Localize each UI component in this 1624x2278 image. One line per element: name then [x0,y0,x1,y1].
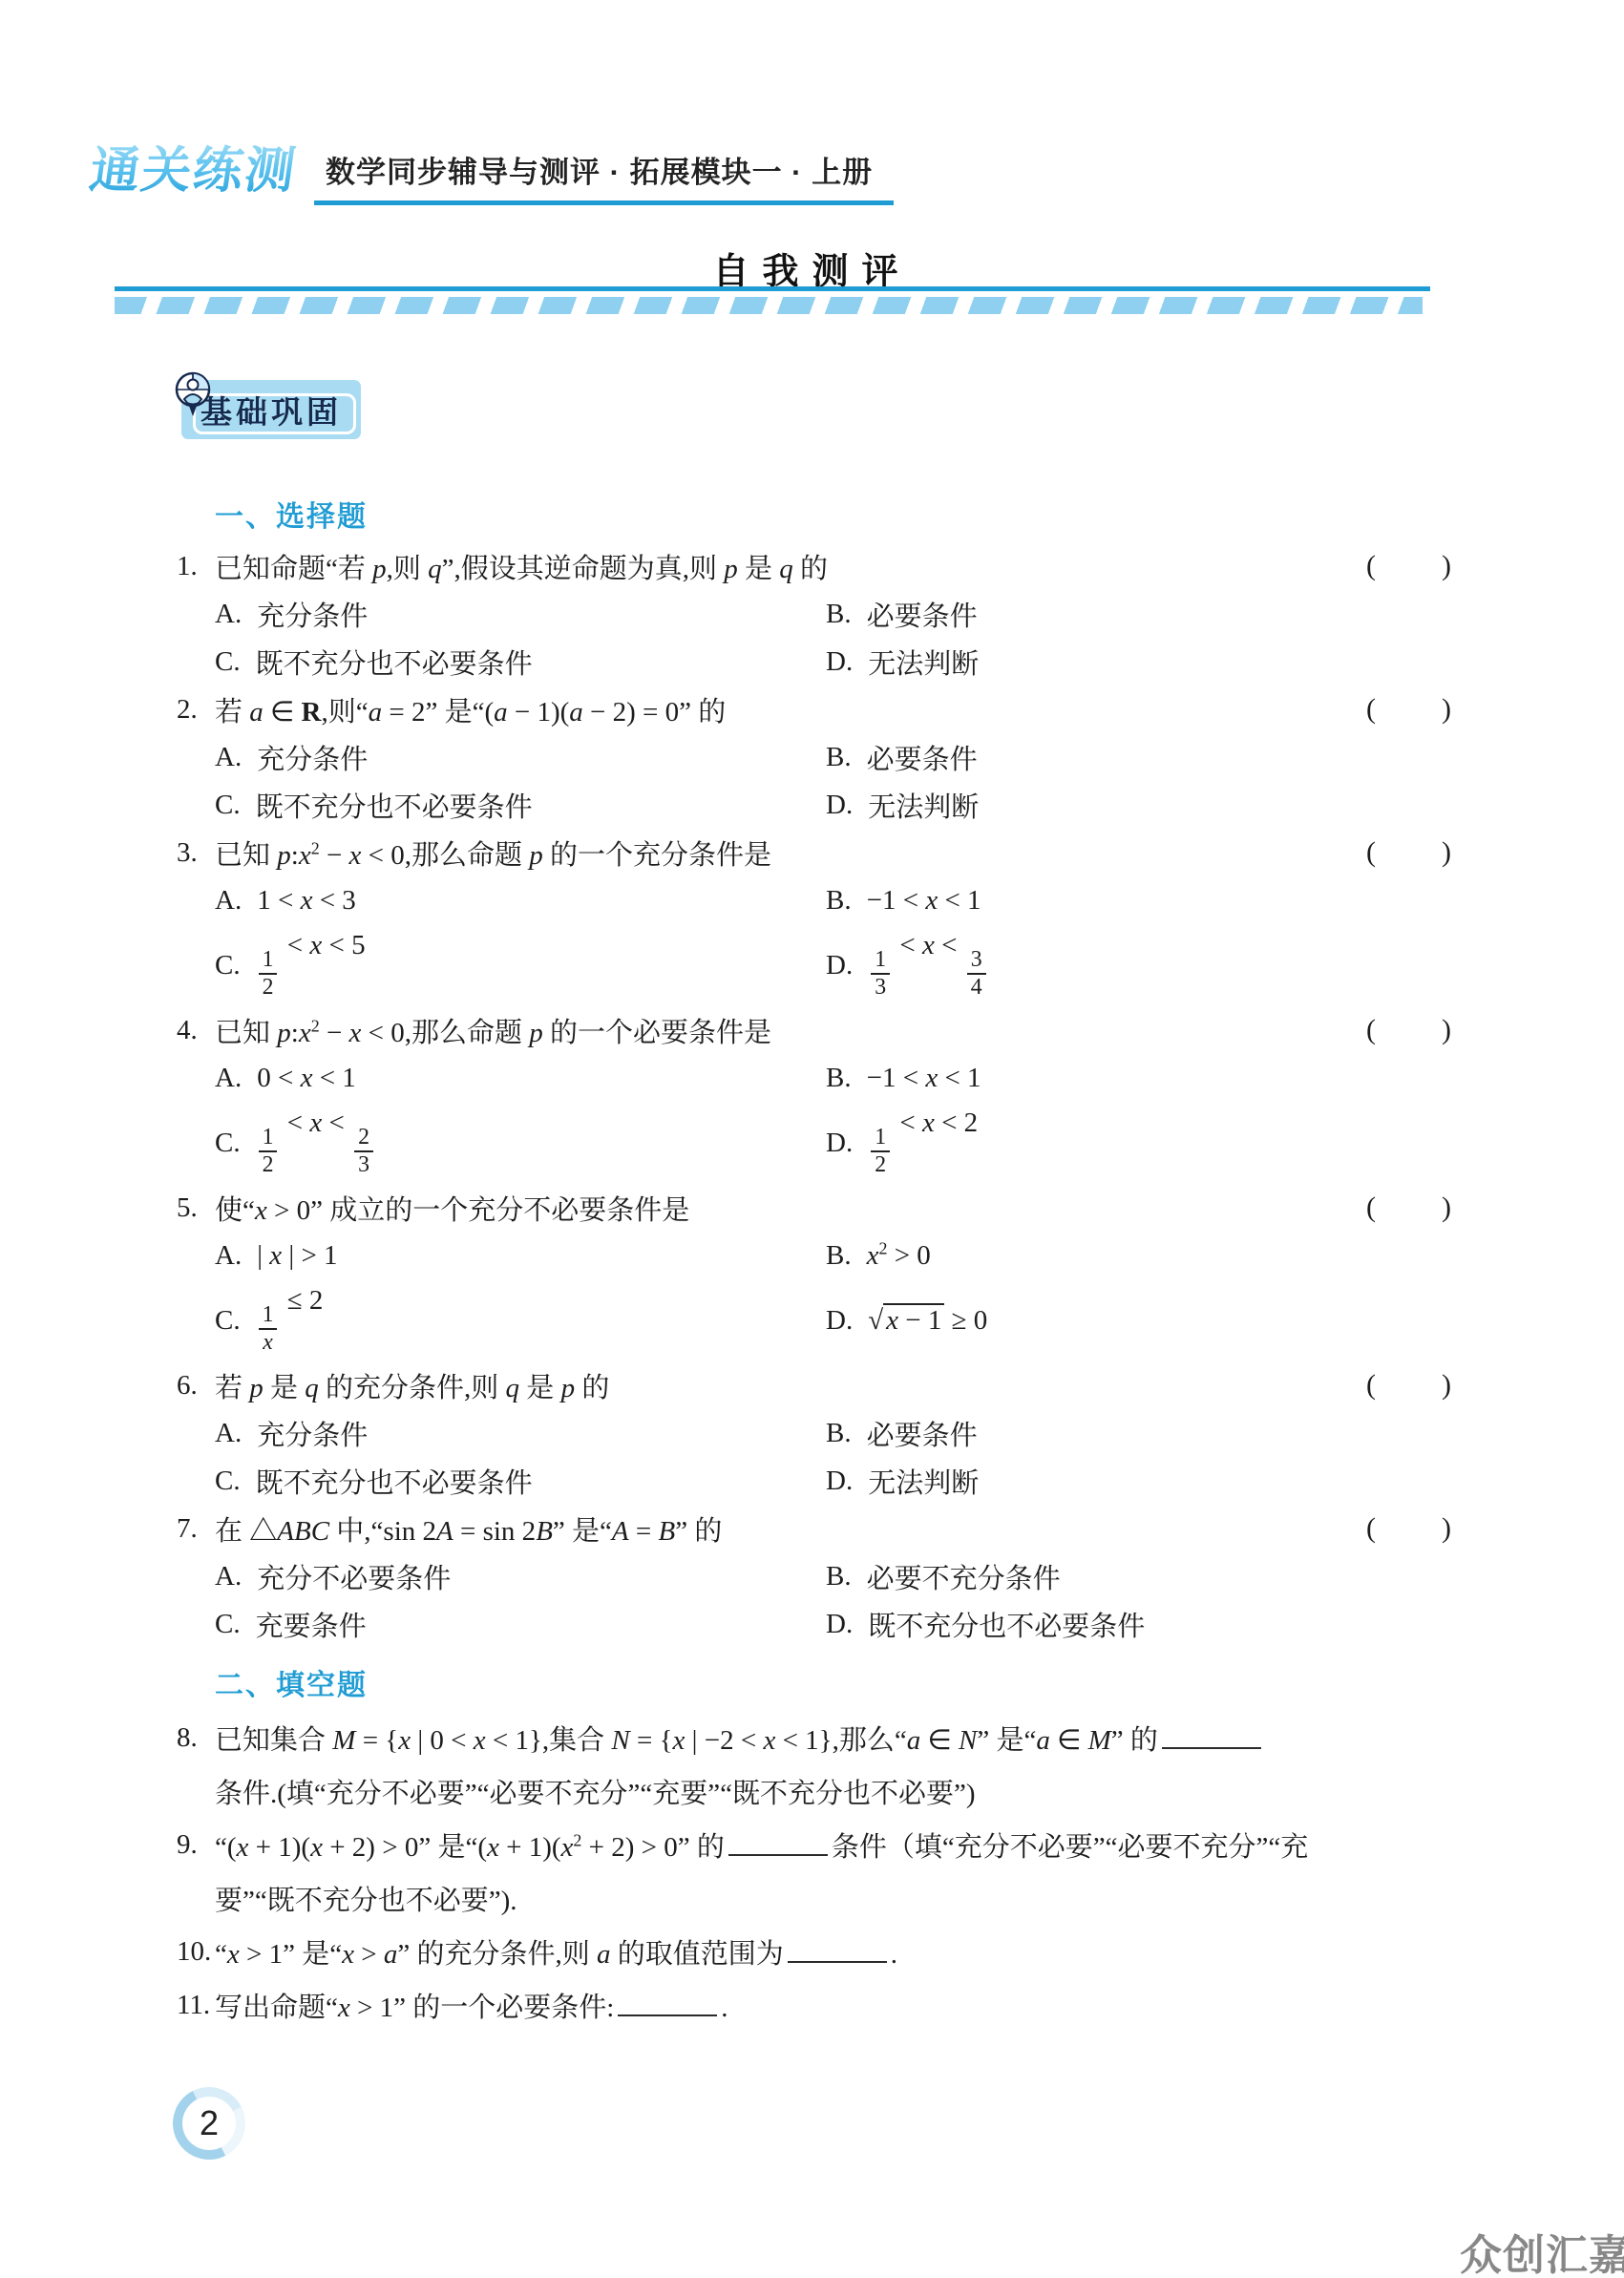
question-number: 2. [177,694,215,726]
option-a: A.1 < x < 3 [215,876,826,924]
option-a: A.| x | > 1 [215,1232,826,1279]
option-b: B.必要条件 [826,1409,1452,1457]
question-text: “x > 1” 是“x > a” 的充分条件,则 a 的取值范围为. [215,1932,897,1972]
title-rule-divider [115,286,1430,291]
option-a: A.0 < x < 1 [215,1054,826,1102]
question-8: 8. 已知集合 M = {x | 0 < x < 1},集合 N = {x | … [177,1711,1452,1818]
option-b: B.x2 > 0 [826,1232,1452,1279]
question-11: 11. 写出命题“x > 1” 的一个必要条件:. [177,1978,1452,2032]
question-number: 7. [177,1513,215,1545]
section-heading-fill: 二、填空题 [215,1661,1452,1703]
page-header: 通关练测 数学同步辅导与测评 · 拓展模块一 · 上册 [91,130,894,205]
answer-bracket: ( ) [1366,1512,1452,1545]
question-number: 5. [177,1192,215,1224]
option-a: A.充分条件 [215,590,826,638]
option-c: C.既不充分也不必要条件 [215,638,826,686]
question-text: 写出命题“x > 1” 的一个必要条件:. [215,1986,728,2025]
option-b: B.−1 < x < 1 [826,1054,1452,1102]
question-number: 9. [177,1829,215,1861]
question-stem: 若 a ∈ R,则“a = 2” 是“(a − 1)(a − 2) = 0” 的 [215,690,726,729]
answer-bracket: ( ) [1366,693,1452,726]
option-a: A.充分条件 [215,1409,826,1457]
worksheet-body: 一、选择题 1. 已知命题“若 p,则 q”,假设其逆命题为真,则 p 是 q … [177,493,1452,2032]
question-number: 11. [177,1990,215,2021]
question-number: 6. [177,1370,215,1402]
question-stem: 若 p 是 q 的充分条件,则 q 是 p 的 [215,1366,609,1405]
question-number: 10. [177,1936,215,1968]
answer-bracket: ( ) [1366,550,1452,582]
question-stem: 已知 p:x2 − x < 0,那么命题 p 的一个充分条件是 [215,833,771,873]
brand-logo: 通关练测 [85,130,315,205]
option-a: A.充分不必要条件 [215,1552,826,1600]
question-number: 1. [177,551,215,582]
option-b: B.−1 < x < 1 [826,876,1452,924]
option-c: C.12 < x < 5 [215,924,826,1006]
answer-bracket: ( ) [1366,1192,1452,1224]
option-c: C.既不充分也不必要条件 [215,1457,826,1505]
option-c: C.1x ≤ 2 [215,1279,826,1361]
question-10: 10. “x > 1” 是“x > a” 的充分条件,则 a 的取值范围为. [177,1925,1452,1978]
question-2: 2. 若 a ∈ R,则“a = 2” 是“(a − 1)(a − 2) = 0… [177,686,1452,829]
question-6: 6. 若 p 是 q 的充分条件,则 q 是 p 的 ( ) A.充分条件 B.… [177,1361,1452,1505]
answer-bracket: ( ) [1366,1369,1452,1402]
decorative-dash-stripe [115,297,1423,314]
option-d: D.12 < x < 2 [826,1102,1452,1184]
watermark-text: 众创汇嘉 [1460,2221,1624,2278]
question-7: 7. 在 △ABC 中,“sin 2A = sin 2B” 是“A = B” 的… [177,1505,1452,1648]
option-d: D.13 < x < 34 [826,924,1452,1006]
badge-label: 基础巩固 [200,388,342,432]
question-number: 8. [177,1722,215,1754]
page-number: 2 [200,2103,219,2143]
emblem-icon [172,370,214,425]
section-badge: 基础巩固 [181,380,361,439]
answer-bracket: ( ) [1366,836,1452,869]
option-c: C.既不充分也不必要条件 [215,781,826,829]
question-text-continued: 要”“既不充分也不必要”). [215,1871,1452,1925]
question-text: “(x + 1)(x + 2) > 0” 是“(x + 1)(x2 + 2) >… [215,1825,1308,1865]
question-stem: 已知命题“若 p,则 q”,假设其逆命题为真,则 p 是 q 的 [215,547,828,586]
page-number-badge: 2 [163,2078,255,2169]
question-stem: 使“x > 0” 成立的一个充分不必要条件是 [215,1189,689,1228]
question-number: 3. [177,837,215,869]
option-c: C.12 < x < 23 [215,1102,826,1184]
option-d: D.无法判断 [826,1457,1452,1505]
option-d: D.√x − 1 ≥ 0 [826,1279,1452,1361]
question-number: 4. [177,1015,215,1046]
option-b: B.必要条件 [826,590,1452,638]
option-b: B.必要不充分条件 [826,1552,1452,1600]
option-d: D.无法判断 [826,781,1452,829]
answer-bracket: ( ) [1366,1014,1452,1046]
question-3: 3. 已知 p:x2 − x < 0,那么命题 p 的一个充分条件是 ( ) A… [177,829,1452,1006]
question-text-continued: 条件.(填“充分不必要”“必要不充分”“充要”“既不充分也不必要”) [215,1764,1452,1818]
option-a: A.充分条件 [215,733,826,781]
option-b: B.必要条件 [826,733,1452,781]
question-4: 4. 已知 p:x2 − x < 0,那么命题 p 的一个必要条件是 ( ) A… [177,1006,1452,1184]
option-d: D.既不充分也不必要条件 [826,1600,1452,1648]
book-subtitle: 数学同步辅导与测评 · 拓展模块一 · 上册 [326,148,873,191]
header-subtitle-wrap: 数学同步辅导与测评 · 拓展模块一 · 上册 [314,148,894,205]
question-stem: 在 △ABC 中,“sin 2A = sin 2B” 是“A = B” 的 [215,1509,722,1549]
option-c: C.充要条件 [215,1600,826,1648]
question-1: 1. 已知命题“若 p,则 q”,假设其逆命题为真,则 p 是 q 的 ( ) … [177,542,1452,686]
question-5: 5. 使“x > 0” 成立的一个充分不必要条件是 ( ) A.| x | > … [177,1184,1452,1361]
question-9: 9. “(x + 1)(x + 2) > 0” 是“(x + 1)(x2 + 2… [177,1818,1452,1925]
question-stem: 已知 p:x2 − x < 0,那么命题 p 的一个必要条件是 [215,1011,771,1050]
option-d: D.无法判断 [826,638,1452,686]
section-heading-choice: 一、选择题 [215,493,1452,535]
question-text: 已知集合 M = {x | 0 < x < 1},集合 N = {x | −2 … [215,1719,1265,1758]
